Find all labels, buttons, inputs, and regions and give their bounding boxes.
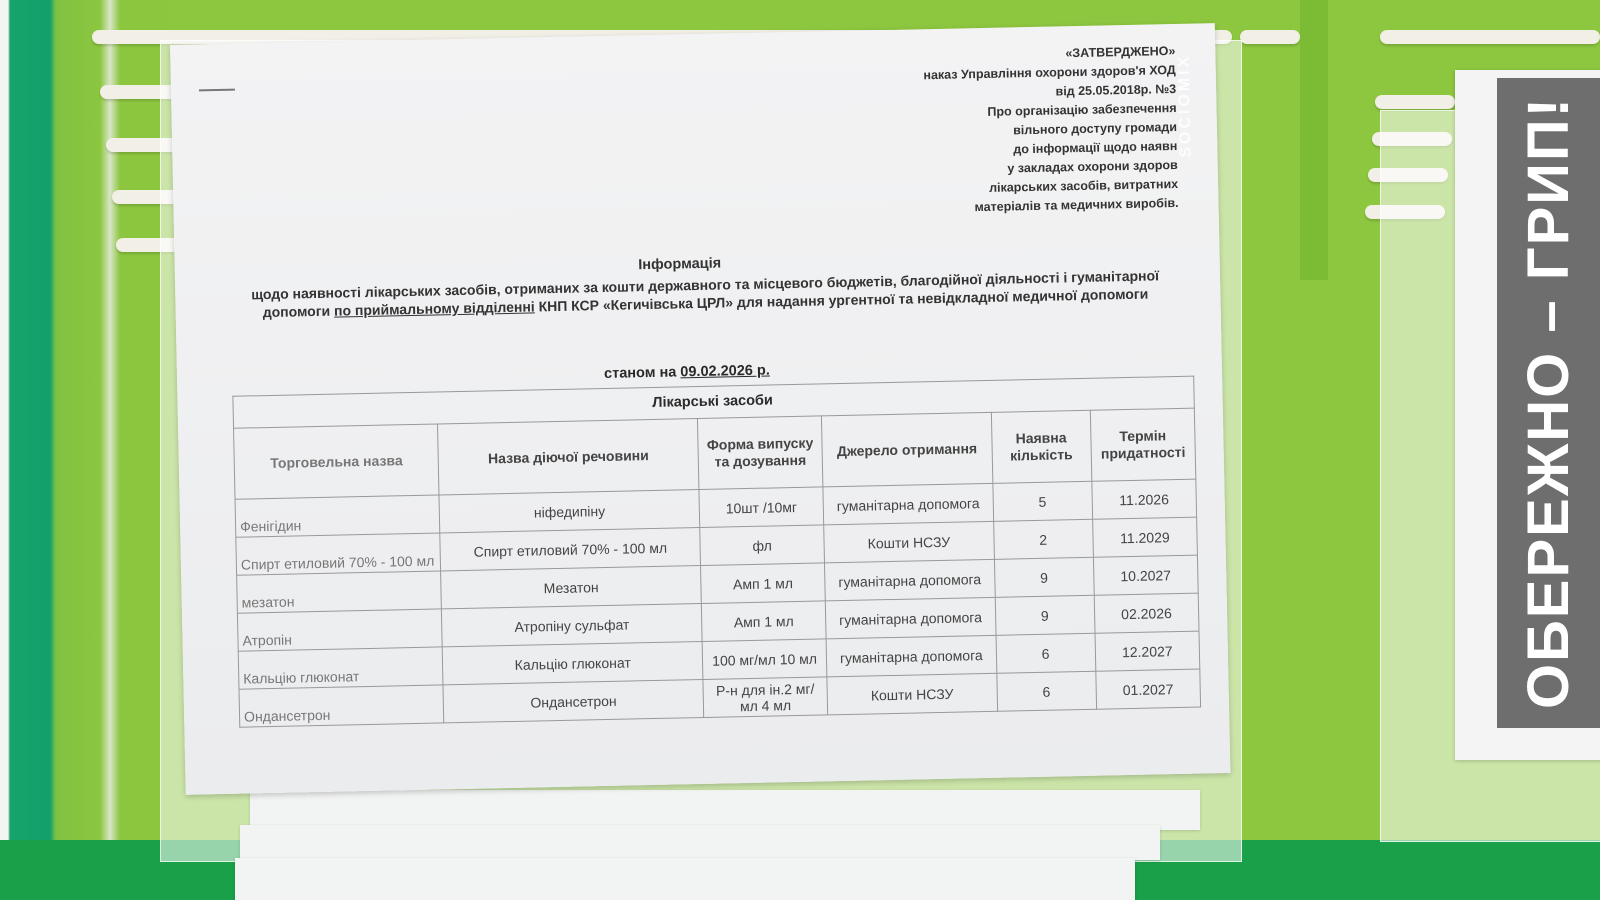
cell-expiry: 01.2027: [1096, 669, 1201, 709]
cell-form: Р-н для ін.2 мг/мл 4 мл: [703, 677, 828, 718]
cell-quantity: 6: [996, 633, 1096, 673]
cell-form: 100 мг/мл 10 мл: [702, 639, 827, 680]
cell-source: Кошти НСЗУ: [827, 673, 997, 715]
col-substance: Назва діючої речовини: [438, 419, 699, 495]
cell-trade-name: мезатон: [237, 571, 442, 613]
cell-trade-name: Ондансетрон: [239, 685, 444, 727]
approval-block: «ЗАТВЕРДЖЕНО» наказ Управління охорони з…: [815, 42, 1179, 221]
medicines-table: Торговельна назва Назва діючої речовини …: [233, 408, 1201, 728]
cell-quantity: 5: [992, 481, 1092, 521]
col-source: Джерело отримання: [822, 412, 993, 487]
cell-trade-name: Атропін: [237, 609, 442, 651]
cell-form: Амп 1 мл: [700, 563, 825, 604]
cell-expiry: 12.2027: [1095, 631, 1200, 671]
watermark: SOCIOMIX: [1175, 54, 1195, 158]
col-quantity: Наявна кількість: [991, 410, 1092, 483]
cell-expiry: 10.2027: [1093, 555, 1198, 595]
cell-quantity: 2: [993, 519, 1093, 559]
cell-quantity: 6: [996, 671, 1096, 711]
as-of-prefix: станом на: [604, 364, 681, 382]
cell-form: 10шт /10мг: [699, 487, 824, 528]
rack-rod: [1375, 95, 1455, 109]
cell-expiry: 11.2029: [1092, 517, 1197, 557]
cell-substance: Ондансетрон: [443, 679, 703, 722]
cell-form: Амп 1 мл: [701, 601, 826, 642]
flu-warning-text: ОБЕРЕЖНО – ГРИП!: [1515, 96, 1582, 709]
col-form: Форма випуску та дозування: [697, 416, 823, 490]
dash-mark: [199, 89, 235, 92]
subtitle-underlined: по приймальному відділенні: [334, 298, 535, 318]
flu-banner-text: ОБЕРЕЖНО – ГРИП!: [1497, 78, 1600, 728]
cell-source: гуманітарна допомога: [826, 635, 996, 677]
col-expiry: Термін придатності: [1090, 408, 1196, 481]
cell-substance: Мезатон: [441, 566, 701, 609]
cell-substance: Спирт етиловий 70% - 100 мл: [440, 528, 700, 571]
cell-source: гуманітарна допомога: [825, 597, 995, 639]
as-of-date-value: 09.02.2026 р.: [680, 363, 770, 381]
rack-rod: [1240, 30, 1300, 44]
cell-substance: Атропіну сульфат: [442, 603, 702, 646]
cell-trade-name: Кальцію глюконат: [238, 647, 443, 689]
sheet-under: [250, 790, 1200, 830]
cell-quantity: 9: [995, 595, 1095, 635]
rack-post: [1300, 0, 1328, 280]
cell-source: гуманітарна допомога: [825, 559, 995, 601]
rack-rod: [1380, 30, 1600, 44]
cell-source: гуманітарна допомога: [823, 483, 993, 525]
cell-expiry: 11.2026: [1092, 479, 1197, 519]
cell-substance: Кальцію глюконат: [443, 641, 703, 684]
sheet-under: [235, 858, 1135, 900]
cell-source: Кошти НСЗУ: [824, 521, 994, 563]
sheet-under: [240, 825, 1160, 860]
cell-substance: ніфедипіну: [439, 490, 699, 533]
cell-expiry: 02.2026: [1094, 593, 1199, 633]
cell-form: фл: [700, 525, 825, 566]
col-trade-name: Торговельна назва: [234, 424, 440, 499]
medicine-availability-notice: «ЗАТВЕРДЖЕНО» наказ Управління охорони з…: [170, 23, 1230, 795]
cell-trade-name: Спирт етиловий 70% - 100 мл: [236, 533, 441, 575]
cell-trade-name: Фенігідин: [235, 495, 440, 537]
cell-quantity: 9: [994, 557, 1094, 597]
